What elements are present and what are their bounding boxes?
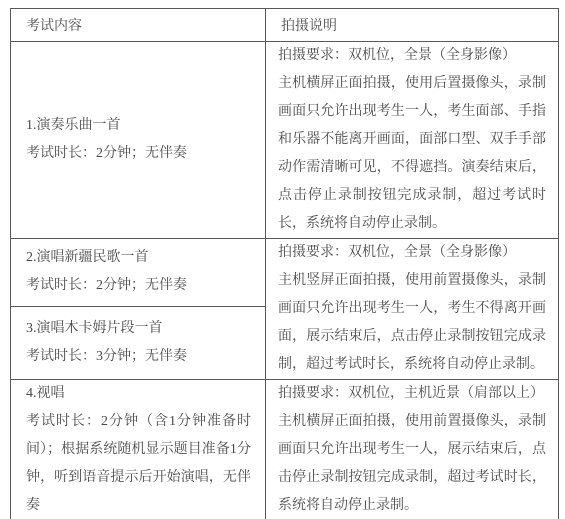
cell-item3-content: 3.演唱木卡姆片段一首 考试时长：3分钟；无伴奏 (11, 306, 266, 379)
item1-notes-body: 主机横屏正面拍摄，使用后置摄像头，录制画面只允许出现考生一人，考生面部、手指和乐… (278, 70, 546, 238)
item2-3-requirement: 拍摄要求：双机位，全景（全身影像） (278, 239, 546, 267)
cell-item4-content: 4.视唱 考试时长：2分钟（含1分钟准备时间）；根据系统随机显示题目准备1分钟，… (11, 380, 266, 519)
header-exam-content: 考试内容 (11, 9, 266, 42)
header-shooting-notes: 拍摄说明 (266, 9, 559, 42)
exam-shooting-instructions-table: 考试内容 拍摄说明 1.演奏乐曲一首 考试时长：2分钟；无伴奏 拍摄要求：双机位… (10, 8, 559, 519)
cell-item1-notes: 拍摄要求：双机位，全景（全身影像） 主机横屏正面拍摄，使用后置摄像头，录制画面只… (266, 42, 559, 239)
table-row: 2.演唱新疆民歌一首 考试时长：2分钟；无伴奏 拍摄要求：双机位，全景（全身影像… (11, 239, 559, 307)
cell-item1-content: 1.演奏乐曲一首 考试时长：2分钟；无伴奏 (11, 42, 266, 239)
item2-3-notes-body: 主机竖屏正面拍摄，使用前置摄像头，录制画面只允许出现考生一人，考生不得离开画面，… (278, 267, 546, 379)
table-row: 4.视唱 考试时长：2分钟（含1分钟准备时间）；根据系统随机显示题目准备1分钟，… (11, 380, 559, 519)
header-row: 考试内容 拍摄说明 (11, 9, 559, 42)
item3-title: 3.演唱木卡姆片段一首 (26, 315, 251, 343)
cell-item2-3-notes: 拍摄要求：双机位，全景（全身影像） 主机竖屏正面拍摄，使用前置摄像头，录制画面只… (266, 239, 559, 380)
item4-duration: 考试时长：2分钟（含1分钟准备时间）；根据系统随机显示题目准备1分钟，听到语音提… (26, 408, 251, 519)
item4-title: 4.视唱 (26, 380, 251, 408)
item2-duration: 考试时长：2分钟；无伴奏 (26, 272, 251, 300)
cell-item4-notes: 拍摄要求：双机位，主机近景（肩部以上） 主机横屏正面拍摄，使用前置摄像头，录制画… (266, 380, 559, 519)
item4-notes-body: 主机横屏正面拍摄，使用前置摄像头，录制画面只允许出现考生一人，展示结束后，点击停… (278, 408, 546, 519)
item2-title: 2.演唱新疆民歌一首 (26, 244, 251, 272)
item3-duration: 考试时长：3分钟；无伴奏 (26, 343, 251, 371)
item1-duration: 考试时长：2分钟；无伴奏 (26, 140, 251, 168)
table-row: 1.演奏乐曲一首 考试时长：2分钟；无伴奏 拍摄要求：双机位，全景（全身影像） … (11, 42, 559, 239)
item1-requirement: 拍摄要求：双机位，全景（全身影像） (278, 42, 546, 70)
item1-title: 1.演奏乐曲一首 (26, 112, 251, 140)
item4-requirement: 拍摄要求：双机位，主机近景（肩部以上） (278, 380, 546, 408)
cell-item2-content: 2.演唱新疆民歌一首 考试时长：2分钟；无伴奏 (11, 239, 266, 307)
